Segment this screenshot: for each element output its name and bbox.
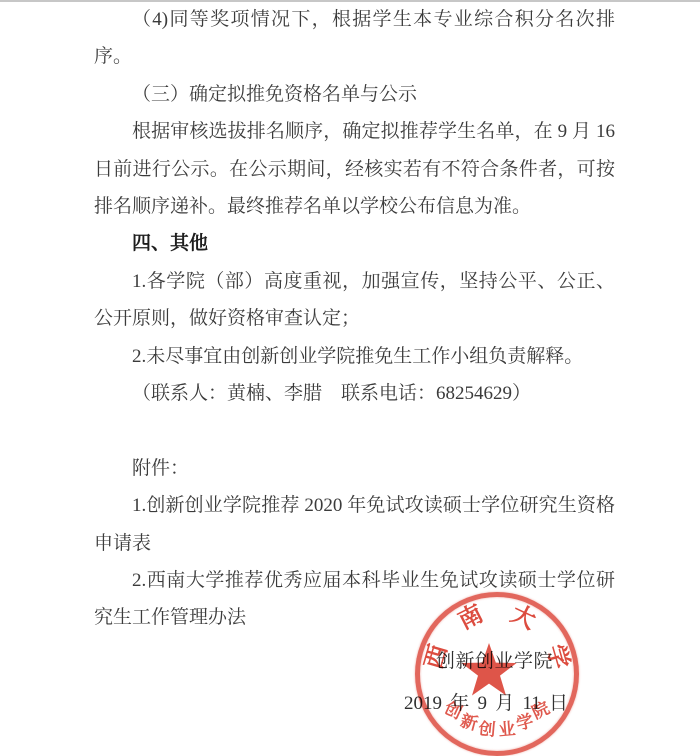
paragraph-section3-subheading: （三）确定拟推免资格名单与公示 [94, 76, 615, 113]
attachment-1: 1.创新创业学院推荐 2020 年免试攻读硕士学位研究生资格申请表 [94, 487, 615, 562]
seal-dept-char-4: 业 [497, 720, 517, 740]
attachments-label: 附件： [94, 450, 615, 487]
paragraph-other-2: 2.未尽事宜由创新创业学院推免生工作小组负责解释。 [94, 338, 615, 375]
paragraph-other-1: 1.各学院（部）高度重视，加强宣传，坚持公平、公正、公开原则，做好资格审查认定； [94, 263, 615, 338]
paragraph-item4: （4)同等奖项情况下，根据学生本专业综合积分名次排序。 [94, 1, 615, 76]
seal-dept-char-3: 创 [477, 720, 497, 740]
seal-star-icon [458, 641, 520, 703]
paragraph-contact: （联系人：黄楠、李腊 联系电话：68254629） [94, 375, 615, 412]
official-seal: 西 南 大 学 创 新 创 业 学 院 [415, 592, 579, 756]
document-body: （4)同等奖项情况下，根据学生本专业综合积分名次排序。 （三）确定拟推免资格名单… [0, 0, 700, 637]
blank-line [94, 412, 615, 449]
document-page: （4)同等奖项情况下，根据学生本专业综合积分名次排序。 （三）确定拟推免资格名单… [0, 0, 700, 756]
section-heading-other: 四、其他 [94, 225, 615, 262]
paragraph-publicity: 根据审核选拔排名顺序，确定拟推荐学生名单，在 9 月 16 日前进行公示。在公示… [94, 113, 615, 225]
